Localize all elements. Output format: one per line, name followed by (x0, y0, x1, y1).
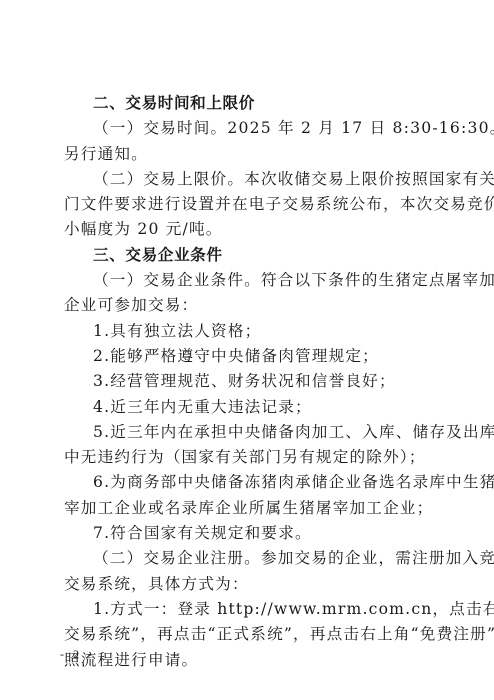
paragraph-line: 交易系统，具体方式为： (64, 572, 432, 597)
paragraph-line: 小幅度为 20 元/吨。 (64, 217, 432, 242)
paragraph-line: （二）交易上限价。本次收储交易上限价按照国家有关部 (64, 167, 432, 192)
document-page: 二、交易时间和上限价 （一）交易时间。2025 年 2 月 17 日 8:30-… (64, 91, 432, 673)
paragraph-line: 企业可参加交易： (64, 293, 432, 318)
list-item: 2.能够严格遵守中央储备肉管理规定； (64, 344, 432, 369)
list-item-continuation: 交易系统”，再点击“正式系统”，再点击右上角“免费注册”，按 (64, 622, 432, 647)
paragraph-line: （一）交易企业条件。符合以下条件的生猪定点屠宰加工 (64, 268, 432, 293)
section-heading-trading-time: 二、交易时间和上限价 (64, 91, 432, 116)
paragraph-line: 门文件要求进行设置并在电子交易系统公布，本次交易竞价最 (64, 192, 432, 217)
paragraph-line: （二）交易企业注册。参加交易的企业，需注册加入竞价 (64, 546, 432, 571)
list-item-continuation: 照流程进行申请。 (64, 648, 432, 673)
list-item: 6.为商务部中央储备冻猪肉承储企业备选名录库中生猪屠 (64, 470, 432, 495)
list-item: 1.具有独立法人资格； (64, 319, 432, 344)
page-number: - 2 - (60, 647, 95, 662)
list-item: 4.近三年内无重大违法记录； (64, 395, 432, 420)
list-item-continuation: 宰加工企业或名录库企业所属生猪屠宰加工企业； (64, 496, 432, 521)
list-item: 7.符合国家有关规定和要求。 (64, 521, 432, 546)
list-item-with-link: 1.方式一：登录 http://www.mrm.com.cn，点击右上角“竞价 (64, 597, 432, 622)
paragraph-line: 另行通知。 (64, 142, 432, 167)
paragraph-line: （一）交易时间。2025 年 2 月 17 日 8:30-16:30。如有变化， (64, 116, 432, 141)
list-item-continuation: 中无违约行为（国家有关部门另有规定的除外）； (64, 445, 432, 470)
list-item: 3.经营管理规范、财务状况和信誉良好； (64, 369, 432, 394)
list-item: 5.近三年内在承担中央储备肉加工、入库、储存及出库任务 (64, 420, 432, 445)
section-heading-enterprise-conditions: 三、交易企业条件 (64, 243, 432, 268)
